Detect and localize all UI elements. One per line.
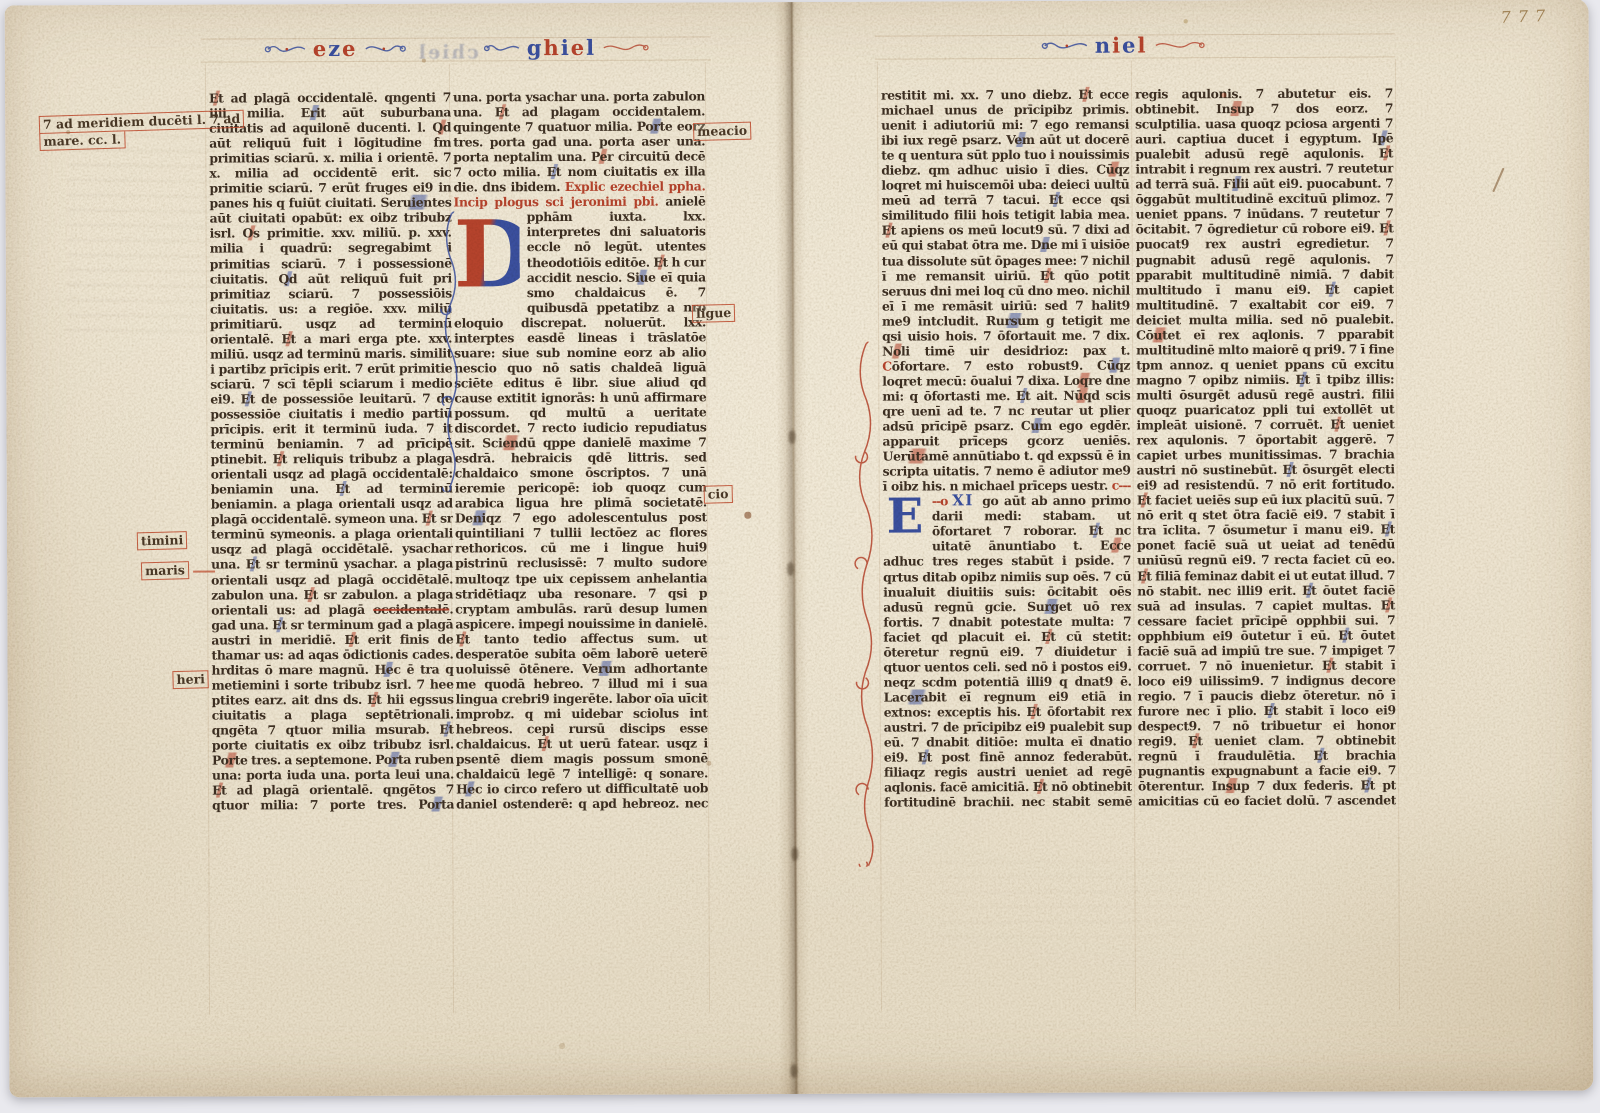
margin-note-line: 7 ad meridiem ducēti l. 7 ad: [39, 110, 245, 134]
text-run-tc: Cōutet: [1136, 327, 1180, 342]
text-run-bc: Et: [335, 481, 350, 496]
text-run-chap: XI: [952, 491, 982, 509]
running-head-letter: n: [1095, 33, 1112, 58]
text-run-bc: Et: [1380, 522, 1395, 537]
text-run-bc: Et: [246, 557, 261, 572]
text-column-daniel-10: restitit mi. xx. 7 uno diebz. Et ecce mi…: [881, 87, 1132, 810]
ruling-line: [1395, 59, 1400, 1009]
text-run-bc: Et: [1313, 748, 1328, 763]
text-run-r: C: [882, 358, 892, 373]
running-head-letter: l: [586, 35, 596, 60]
text-run-tc: Insup: [1212, 778, 1250, 793]
text-run-tc: Et: [1330, 417, 1345, 432]
text-run-tc: Et: [882, 223, 897, 238]
initial-e-filigree: [848, 342, 882, 867]
parchment-stains: [5, 5, 7, 7]
pen-flourish-icon: [483, 39, 521, 57]
text-run-bc: Qd: [278, 271, 297, 286]
text-run-bc: Porta: [375, 752, 411, 767]
text-run: porte ciuitatis ex oibz tribubz isrl.: [212, 737, 454, 753]
margin-note-cio: cio: [704, 485, 733, 504]
text-run-tc: Sciendū: [482, 435, 535, 450]
running-head-letter: g: [527, 35, 544, 60]
text-run-tc: Et: [1137, 568, 1152, 583]
text-run-tc: Et: [209, 91, 224, 106]
text-run-tc: Et: [1040, 267, 1055, 282]
text-run: timē uir desidrioz: pax t.: [910, 342, 1130, 358]
running-head-letter: i: [1112, 33, 1122, 58]
text-run-tc: Et: [653, 254, 668, 269]
text-run-bc: Porte: [637, 119, 673, 134]
text-run-bc: Et: [1016, 388, 1031, 403]
text-run-bc: Et: [1295, 372, 1310, 387]
text-run-tc: Per: [591, 149, 613, 164]
text-run-tc: Qd: [432, 120, 451, 135]
running-head-letter: e: [342, 36, 357, 61]
running-head-letter: z: [328, 36, 342, 61]
text-run-bc: Erit: [301, 105, 326, 120]
text-run: ait.: [1030, 388, 1063, 403]
text-column-jerome-prologue: una. porta ysachar una. porta zabulon un…: [453, 88, 708, 811]
text-run-bc: Surget: [1027, 598, 1072, 613]
text-run-tc: Noli: [882, 343, 910, 358]
text-run-bc: Dne: [1031, 237, 1058, 252]
margin-note-heri: heri: [172, 670, 209, 689]
text-run-bc: Rursum: [986, 313, 1039, 328]
flourish-dot: [286, 47, 289, 50]
text-run-tc: Et: [1078, 87, 1093, 102]
flourish-dot: [1066, 44, 1069, 47]
text-column-ezekiel-48: Et ad plagā occidentalē. qngenti 7 iiii.…: [209, 90, 454, 813]
text-run-bc: Hec: [456, 782, 482, 797]
margin-note-ligue: ligue: [692, 304, 736, 323]
flourish-dot: [382, 47, 385, 50]
text-run-tc: Et: [1379, 221, 1394, 236]
text-run-bc: Et: [241, 391, 256, 406]
pen-flourish-icon: [263, 40, 307, 58]
text-run-tc: Uerūtamē: [883, 448, 949, 463]
text-run-tc: Et: [455, 631, 470, 646]
text-run-tc: Et: [1026, 704, 1041, 719]
running-head-text: eze: [313, 36, 358, 61]
text-run-tc: Ecce: [1100, 538, 1131, 553]
margin-note-connector: [193, 571, 215, 573]
text-run: pualebit adusū regē aqulonis.: [1135, 146, 1379, 162]
text-run-bc: Et: [1089, 523, 1104, 538]
text-run-tc: Loqre: [1063, 373, 1101, 388]
gutter-smudge: [791, 847, 798, 861]
margin-note-meacio: meacio: [693, 122, 751, 141]
text-run-tc: Porte: [212, 752, 248, 767]
manuscript-photo: { "page": { "number": "777" }, "running_…: [0, 0, 1600, 1113]
text-run-tc: Et: [344, 632, 359, 647]
text-run-bc: Et: [547, 164, 562, 179]
text-run-init-e: E: [883, 496, 927, 541]
running-head-left-ghiel: ghiel: [483, 35, 650, 61]
margin-note-maris: maris: [141, 561, 189, 580]
margin-note-line: mare. cc. l.: [39, 131, 125, 151]
text-run-bc: Et: [1338, 627, 1353, 642]
text-run-bc: Hec: [375, 662, 401, 677]
gutter-smudge: [787, 562, 794, 576]
running-head-letter: i: [561, 35, 571, 60]
text-run: 7 dux federis.: [1249, 778, 1360, 793]
text-run-tc: Et: [303, 587, 318, 602]
parchment-bifolium: eze chiel ghiel niel 777 Et ad plagā occ…: [5, 0, 1594, 1097]
text-run: 7 ego adolescentulus post quintiliani 7 …: [455, 510, 707, 631]
running-head-letter: h: [543, 35, 560, 60]
text-run-bc: Verum: [582, 661, 625, 676]
text-run-bc: Filii: [1223, 176, 1249, 191]
text-run: loqret mecū: ōualui 7 dixa.: [882, 373, 1063, 389]
text-run-bc: Seruientes: [380, 195, 451, 210]
pen-flourish-icon: [1153, 36, 1205, 54]
show-through-text: [64, 134, 217, 346]
running-head-right-niel: niel: [1041, 32, 1206, 58]
text-run: ōfortare. 7 esto robust9.: [892, 358, 1097, 374]
text-run-bc: Et: [918, 749, 933, 764]
text-run-bc: Ipē: [1372, 131, 1393, 146]
text-run: io circo refero ut difficultatē uob dani…: [456, 781, 708, 812]
running-head-letter: e: [571, 35, 586, 60]
pen-flourish-icon: [602, 38, 650, 56]
text-run: restitit mi. xx. 7 uno diebz.: [881, 87, 1078, 103]
margin-note-timini: timini: [137, 531, 188, 550]
text-run-tc: Et: [1322, 657, 1337, 672]
text-run-tc: Et: [273, 451, 288, 466]
folio-number: 777: [1500, 6, 1552, 27]
text-run-bc: Et: [1360, 778, 1375, 793]
text-run-bc: Et: [1264, 703, 1279, 718]
text-run-tc: Et: [367, 692, 382, 707]
text-run-tc: Et: [1381, 597, 1396, 612]
text-run-tc: Nūqd: [1063, 388, 1099, 403]
text-run-bc: Deniqz: [455, 511, 501, 526]
text-run-bc: Cūqz: [1097, 357, 1130, 372]
text-run-tc: Et: [1033, 779, 1048, 794]
text-run-bc: Et: [272, 617, 287, 632]
running-head-letter: e: [1122, 33, 1137, 58]
running-head-text: niel: [1095, 32, 1148, 57]
text-run-tc: Et: [212, 783, 227, 798]
running-head-text: ghiel: [527, 35, 596, 60]
text-run: ioseph una: porta beniamin una. porta da…: [212, 812, 454, 813]
text-column-daniel-11: regis aqulonis. 7 abutetur eis. 7 obtine…: [1135, 85, 1396, 808]
show-through-text: [938, 860, 1198, 951]
pen-flourish-icon: [1041, 36, 1089, 54]
text-run-ul: occidentalē: [373, 601, 449, 616]
text-run: faciet ueiēs sup eū iux placitū suū. 7 n…: [1137, 492, 1395, 538]
text-run-tc: Cūqz: [1096, 162, 1129, 177]
text-run-bc: Siue: [627, 269, 656, 284]
text-run-tc: Et: [1308, 808, 1323, 809]
gutter-smudge: [790, 1064, 797, 1078]
text-run-tc: Et: [495, 104, 510, 119]
text-run-bc: Et: [439, 721, 454, 736]
running-head-letter: e: [313, 36, 328, 61]
text-run-init-d: D: [454, 213, 520, 310]
pen-flourish-icon: [363, 39, 407, 57]
text-run-tc: Insup: [1216, 101, 1254, 116]
text-run-tc: Et: [1041, 629, 1056, 644]
text-run-tc: Et: [422, 511, 437, 526]
text-run-bc: Cum: [1021, 418, 1052, 433]
text-run: ponet faciē suā ut ueiat ad tenēdū uniūs…: [1137, 537, 1395, 568]
text-run-tc: Et: [1137, 493, 1152, 508]
running-head-letter: l: [1137, 32, 1147, 57]
text-run-bc: Vem: [1006, 132, 1034, 147]
text-run-tc: Et: [1188, 733, 1203, 748]
text-run-tc: Et: [1379, 146, 1394, 161]
text-run-bc: Et: [1325, 281, 1340, 296]
text-run-tc: Et: [537, 736, 552, 751]
pen-slash-mark: [1492, 168, 1504, 193]
margin-note-meridiem: 7 ad meridiem ducēti l. 7 ad mare. cc. l…: [39, 110, 245, 151]
text-run-bc: Lacerabit: [884, 689, 947, 704]
text-run-bc: Et: [1302, 582, 1317, 597]
text-run-tc: Et: [281, 331, 296, 346]
text-run-tc: Os: [242, 226, 259, 241]
gutter-smudge: [788, 430, 795, 444]
text-run-bc: Porta: [418, 797, 454, 812]
running-head-left-eze: eze: [263, 36, 408, 62]
show-through-running-head: chiel: [417, 41, 479, 63]
text-run-bc: Et: [1282, 462, 1297, 477]
text-run-bc: Et: [1049, 192, 1064, 207]
text-run: tres. a septemone.: [248, 752, 376, 768]
